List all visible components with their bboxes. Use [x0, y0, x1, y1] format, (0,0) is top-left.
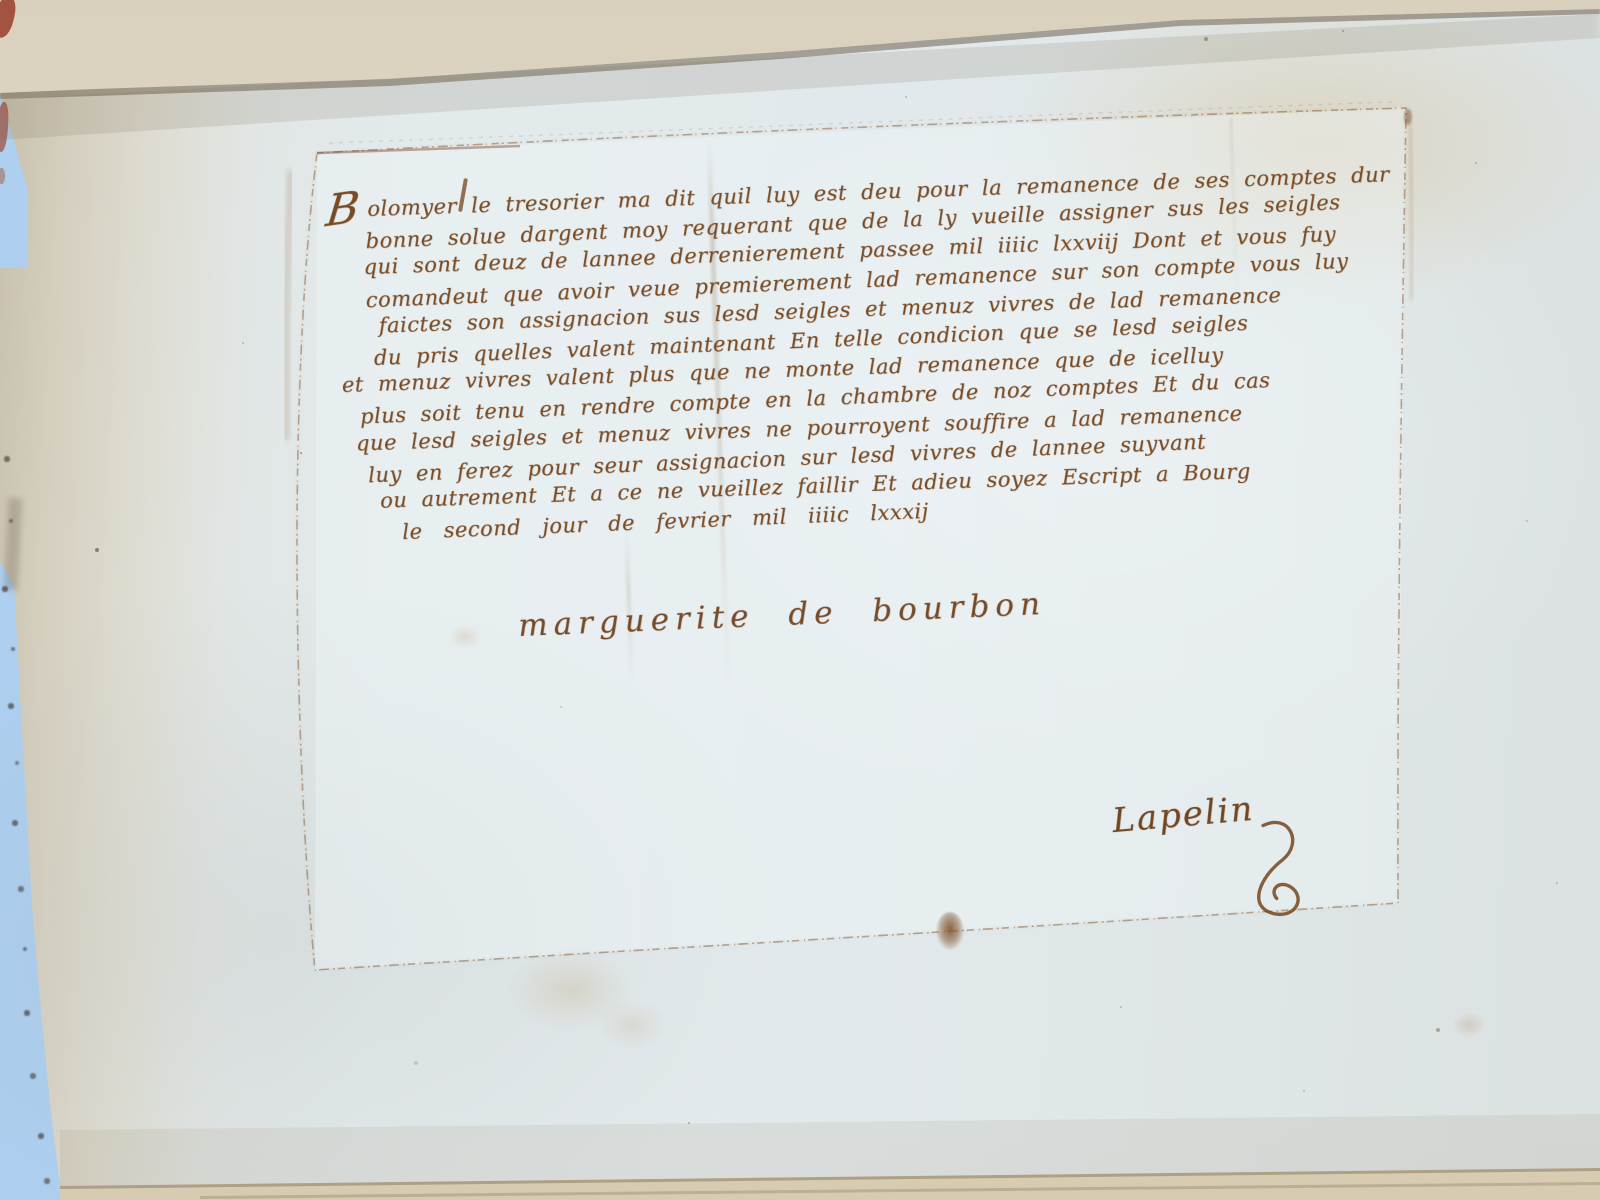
letter-text-block: Bolomyer le tresorier ma dit quil luy es… [322, 158, 1414, 548]
border-ghost-line [329, 102, 1392, 143]
book-photograph: Bolomyer le tresorier ma dit quil luy es… [0, 0, 1600, 1200]
lapelin-paraph-flourish [1233, 816, 1327, 928]
border-smudge [285, 170, 291, 440]
decorated-initial: B [325, 198, 361, 223]
border-corner-dark [317, 146, 520, 153]
border-corner-streak [1409, 125, 1413, 300]
border-corner-blob [1404, 109, 1412, 125]
